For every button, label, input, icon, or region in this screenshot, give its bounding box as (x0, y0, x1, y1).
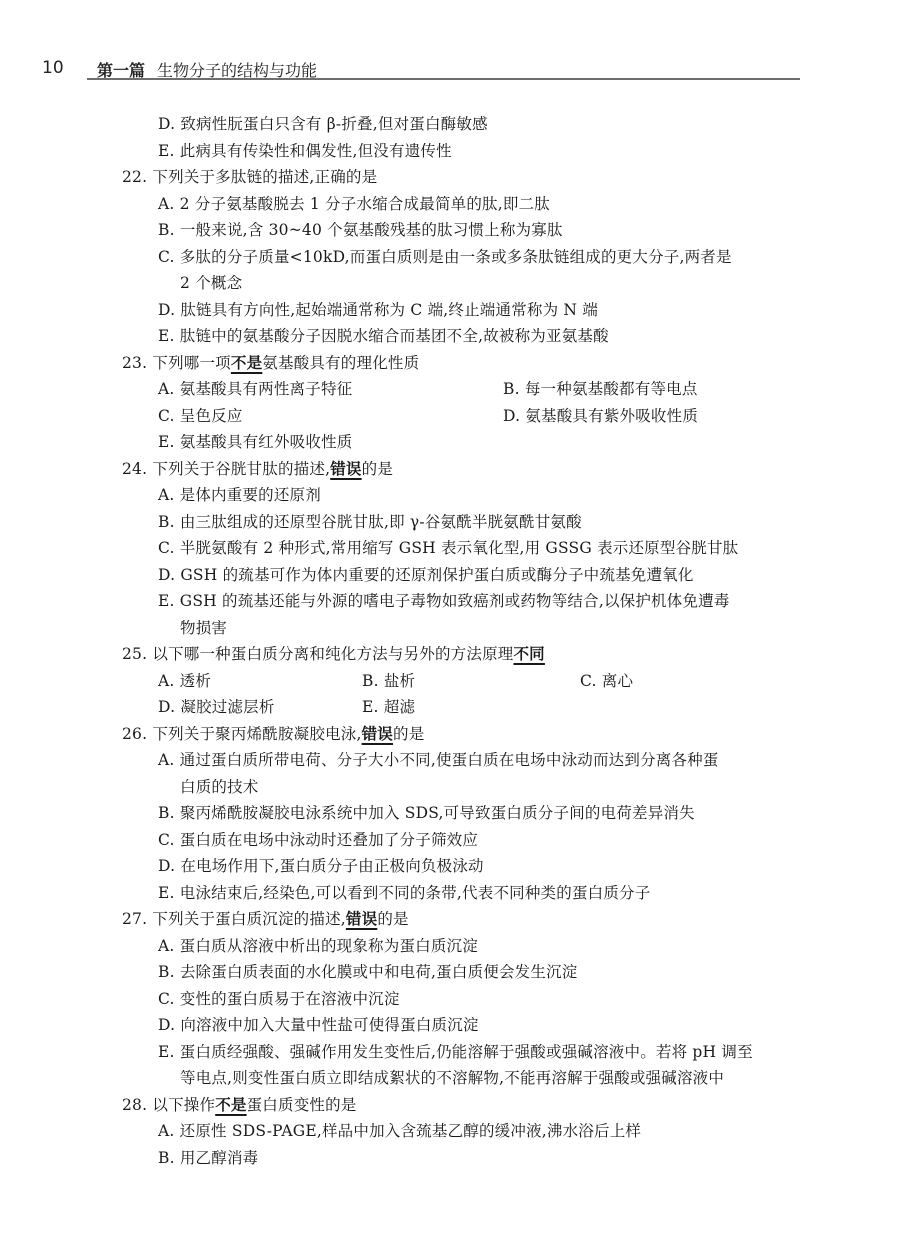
q26-stem-pre: 26. 下列关于聚丙烯酰胺凝胶电泳, (122, 725, 362, 743)
q28-option-a: A. 还原性 SDS-PAGE,样品中加入含巯基乙醇的缓冲液,沸水浴后上样 (158, 1118, 641, 1144)
q26-option-c: C. 蛋白质在电场中泳动时还叠加了分子筛效应 (158, 827, 478, 853)
q22-option-e: E. 肽链中的氨基酸分子因脱水缩合而基团不全,故被称为亚氨基酸 (158, 323, 609, 349)
q27-stem-post: 的是 (377, 910, 408, 928)
q26-stem-key: 错误 (362, 724, 393, 743)
q25-option-e: E. 超滤 (362, 694, 415, 720)
q26-option-e: E. 电泳结束后,经染色,可以看到不同的条带,代表不同种类的蛋白质分子 (158, 880, 650, 906)
q27-stem-key: 错误 (346, 909, 377, 928)
q23-stem: 23. 下列哪一项不是氨基酸具有的理化性质 (122, 350, 419, 376)
q23-option-c: C. 呈色反应 (158, 403, 243, 429)
q22-option-d: D. 肽链具有方向性,起始端通常称为 C 端,终止端通常称为 N 端 (158, 297, 598, 323)
q28-stem-key: 不是 (215, 1095, 246, 1114)
q26-option-a: A. 通过蛋白质所带电荷、分子大小不同,使蛋白质在电场中泳动而达到分离各种蛋 (158, 747, 719, 773)
q25-option-b: B. 盐析 (362, 668, 415, 694)
q26-option-b: B. 聚丙烯酰胺凝胶电泳系统中加入 SDS,可导致蛋白质分子间的电荷差异消失 (158, 800, 695, 826)
q22-stem: 22. 下列关于多肽链的描述,正确的是 (122, 164, 377, 190)
q25-option-c: C. 离心 (580, 668, 633, 694)
q28-stem-pre: 28. 以下操作 (122, 1096, 215, 1114)
q24-stem-post: 的是 (362, 460, 393, 478)
q22-option-b: B. 一般来说,含 30~40 个氨基酸残基的肽习惯上称为寡肽 (158, 217, 563, 243)
q28-stem: 28. 以下操作不是蛋白质变性的是 (122, 1092, 357, 1118)
q23-option-d: D. 氨基酸具有紫外吸收性质 (503, 403, 698, 429)
q23-option-a: A. 氨基酸具有两性离子特征 (158, 376, 352, 402)
q27-option-e-cont: 等电点,则变性蛋白质立即结成絮状的不溶解物,不能再溶解于强酸或强碱溶液中 (180, 1065, 724, 1091)
q26-stem: 26. 下列关于聚丙烯酰胺凝胶电泳,错误的是 (122, 721, 424, 747)
q26-stem-post: 的是 (393, 725, 424, 743)
q23-stem-post: 氨基酸具有的理化性质 (262, 354, 419, 372)
q24-stem-key: 错误 (330, 459, 361, 478)
q22-option-c-cont: 2 个概念 (180, 270, 242, 296)
q24-option-d: D. GSH 的巯基可作为体内重要的还原剂保护蛋白质或酶分子中巯基免遭氧化 (158, 562, 694, 588)
q21-option-e: E. 此病具有传染性和偶发性,但没有遗传性 (158, 138, 452, 164)
q23-option-e: E. 氨基酸具有红外吸收性质 (158, 429, 352, 455)
q24-option-e-cont: 物损害 (180, 615, 227, 641)
q24-option-b: B. 由三肽组成的还原型谷胱甘肽,即 γ-谷氨酰半胱氨酰甘氨酸 (158, 509, 582, 535)
q28-stem-post: 蛋白质变性的是 (247, 1096, 357, 1114)
q24-option-a: A. 是体内重要的还原剂 (158, 482, 321, 508)
q27-option-b: B. 去除蛋白质表面的水化膜或中和电荷,蛋白质便会发生沉淀 (158, 959, 577, 985)
q27-option-a: A. 蛋白质从溶液中析出的现象称为蛋白质沉淀 (158, 933, 478, 959)
q23-option-b: B. 每一种氨基酸都有等电点 (503, 376, 698, 402)
page-number: 10 (42, 58, 64, 78)
q26-option-a-cont: 白质的技术 (180, 774, 259, 800)
q25-stem: 25. 以下哪一种蛋白质分离和纯化方法与另外的方法原理不同 (122, 641, 545, 667)
q23-stem-key: 不是 (231, 353, 262, 372)
q27-stem-pre: 27. 下列关于蛋白质沉淀的描述, (122, 910, 346, 928)
q25-stem-key: 不同 (513, 644, 544, 663)
q27-stem: 27. 下列关于蛋白质沉淀的描述,错误的是 (122, 906, 409, 932)
q27-option-e: E. 蛋白质经强酸、强碱作用发生变性后,仍能溶解于强酸或强碱溶液中。若将 pH … (158, 1039, 753, 1065)
q27-option-d: D. 向溶液中加入大量中性盐可使得蛋白质沉淀 (158, 1012, 479, 1038)
q27-option-c: C. 变性的蛋白质易于在溶液中沉淀 (158, 986, 400, 1012)
q24-option-e: E. GSH 的巯基还能与外源的嗜电子毒物如致癌剂或药物等结合,以保护机体免遭毒 (158, 588, 730, 614)
q25-stem-pre: 25. 以下哪一种蛋白质分离和纯化方法与另外的方法原理 (122, 645, 513, 663)
q28-option-b: B. 用乙醇消毒 (158, 1145, 258, 1171)
q24-stem: 24. 下列关于谷胱甘肽的描述,错误的是 (122, 456, 393, 482)
q23-stem-pre: 23. 下列哪一项 (122, 354, 231, 372)
q24-stem-pre: 24. 下列关于谷胱甘肽的描述, (122, 460, 330, 478)
header-rule (87, 78, 800, 80)
q25-option-d: D. 凝胶过滤层析 (158, 694, 275, 720)
q22-option-a: A. 2 分子氨基酸脱去 1 分子水缩合成最简单的肽,即二肽 (158, 191, 550, 217)
q24-option-c: C. 半胱氨酸有 2 种形式,常用缩写 GSH 表示氧化型,用 GSSG 表示还… (158, 535, 738, 561)
q25-option-a: A. 透析 (158, 668, 211, 694)
q26-option-d: D. 在电场作用下,蛋白质分子由正极向负极泳动 (158, 853, 484, 879)
q21-option-d: D. 致病性朊蛋白只含有 β-折叠,但对蛋白酶敏感 (158, 111, 488, 137)
q22-option-c: C. 多肽的分子质量<10kD,而蛋白质则是由一条或多条肽链组成的更大分子,两者… (158, 244, 732, 270)
page-header: 10 第一篇 生物分子的结构与功能 (0, 56, 900, 86)
